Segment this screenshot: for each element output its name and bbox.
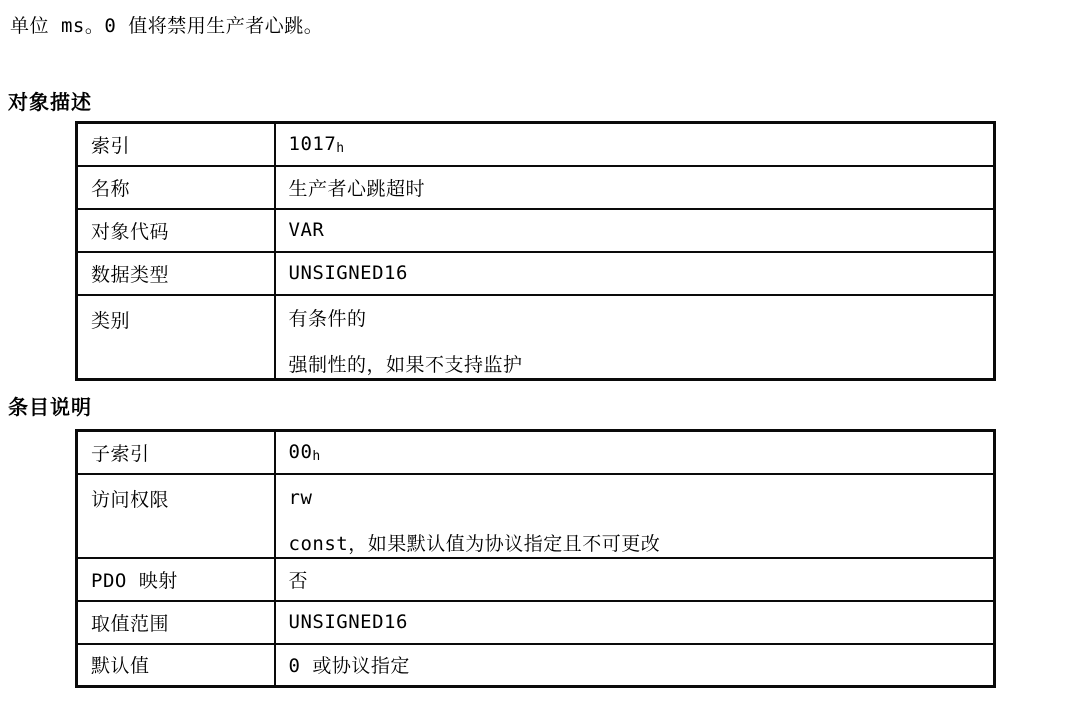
- field-value-line2: const，如果默认值为协议指定且不可更改: [289, 531, 994, 557]
- field-label: 默认值: [77, 644, 275, 687]
- section-heading-entry-description: 条目说明: [8, 391, 92, 420]
- table-row-index: 索引 1017h: [77, 123, 995, 166]
- table-row-value-range: 取值范围 UNSIGNED16: [77, 601, 995, 644]
- table-row-access-rights: 访问权限 rw const，如果默认值为协议指定且不可更改: [77, 474, 995, 558]
- entry-description-table: 子索引 00h 访问权限 rw const，如果默认值为协议指定且不可更改 PD…: [75, 429, 996, 688]
- field-value: 1017h: [275, 123, 995, 166]
- object-description-table: 索引 1017h 名称 生产者心跳超时 对象代码 VAR 数据类型 UNSIGN…: [75, 121, 996, 381]
- hex-subscript: h: [336, 141, 344, 156]
- field-value-line1: rw: [289, 485, 994, 511]
- field-value: VAR: [275, 209, 995, 252]
- field-value: 生产者心跳超时: [275, 166, 995, 209]
- field-value-line2: 强制性的，如果不支持监护: [289, 352, 994, 378]
- table-row-pdo-mapping: PDO 映射 否: [77, 558, 995, 601]
- field-value: 00h: [275, 431, 995, 474]
- field-value: UNSIGNED16: [275, 601, 995, 644]
- field-label: 数据类型: [77, 252, 275, 295]
- table-row-name: 名称 生产者心跳超时: [77, 166, 995, 209]
- field-label: 对象代码: [77, 209, 275, 252]
- table-row-data-type: 数据类型 UNSIGNED16: [77, 252, 995, 295]
- field-label: 类别: [77, 295, 275, 380]
- field-label: 取值范围: [77, 601, 275, 644]
- field-label: PDO 映射: [77, 558, 275, 601]
- section-heading-object-description: 对象描述: [8, 86, 92, 115]
- field-label: 索引: [77, 123, 275, 166]
- field-label: 名称: [77, 166, 275, 209]
- field-value-text: 1017h: [289, 133, 345, 155]
- field-value: 否: [275, 558, 995, 601]
- table-row-default-value: 默认值 0 或协议指定: [77, 644, 995, 687]
- field-label: 子索引: [77, 431, 275, 474]
- table-row-object-code: 对象代码 VAR: [77, 209, 995, 252]
- document-page: 单位 ms。0 值将禁用生产者心跳。 对象描述 索引 1017h 名称 生产者心…: [0, 0, 1080, 703]
- table-row-category: 类别 有条件的 强制性的，如果不支持监护: [77, 295, 995, 380]
- field-label: 访问权限: [77, 474, 275, 558]
- field-value: 0 或协议指定: [275, 644, 995, 687]
- intro-paragraph: 单位 ms。0 值将禁用生产者心跳。: [10, 11, 323, 38]
- hex-subscript: h: [312, 449, 320, 464]
- field-value: rw const，如果默认值为协议指定且不可更改: [275, 474, 995, 558]
- field-value-text: 00h: [289, 441, 321, 463]
- table-row-sub-index: 子索引 00h: [77, 431, 995, 474]
- field-value: UNSIGNED16: [275, 252, 995, 295]
- field-value-line1: 有条件的: [289, 306, 994, 332]
- field-value: 有条件的 强制性的，如果不支持监护: [275, 295, 995, 380]
